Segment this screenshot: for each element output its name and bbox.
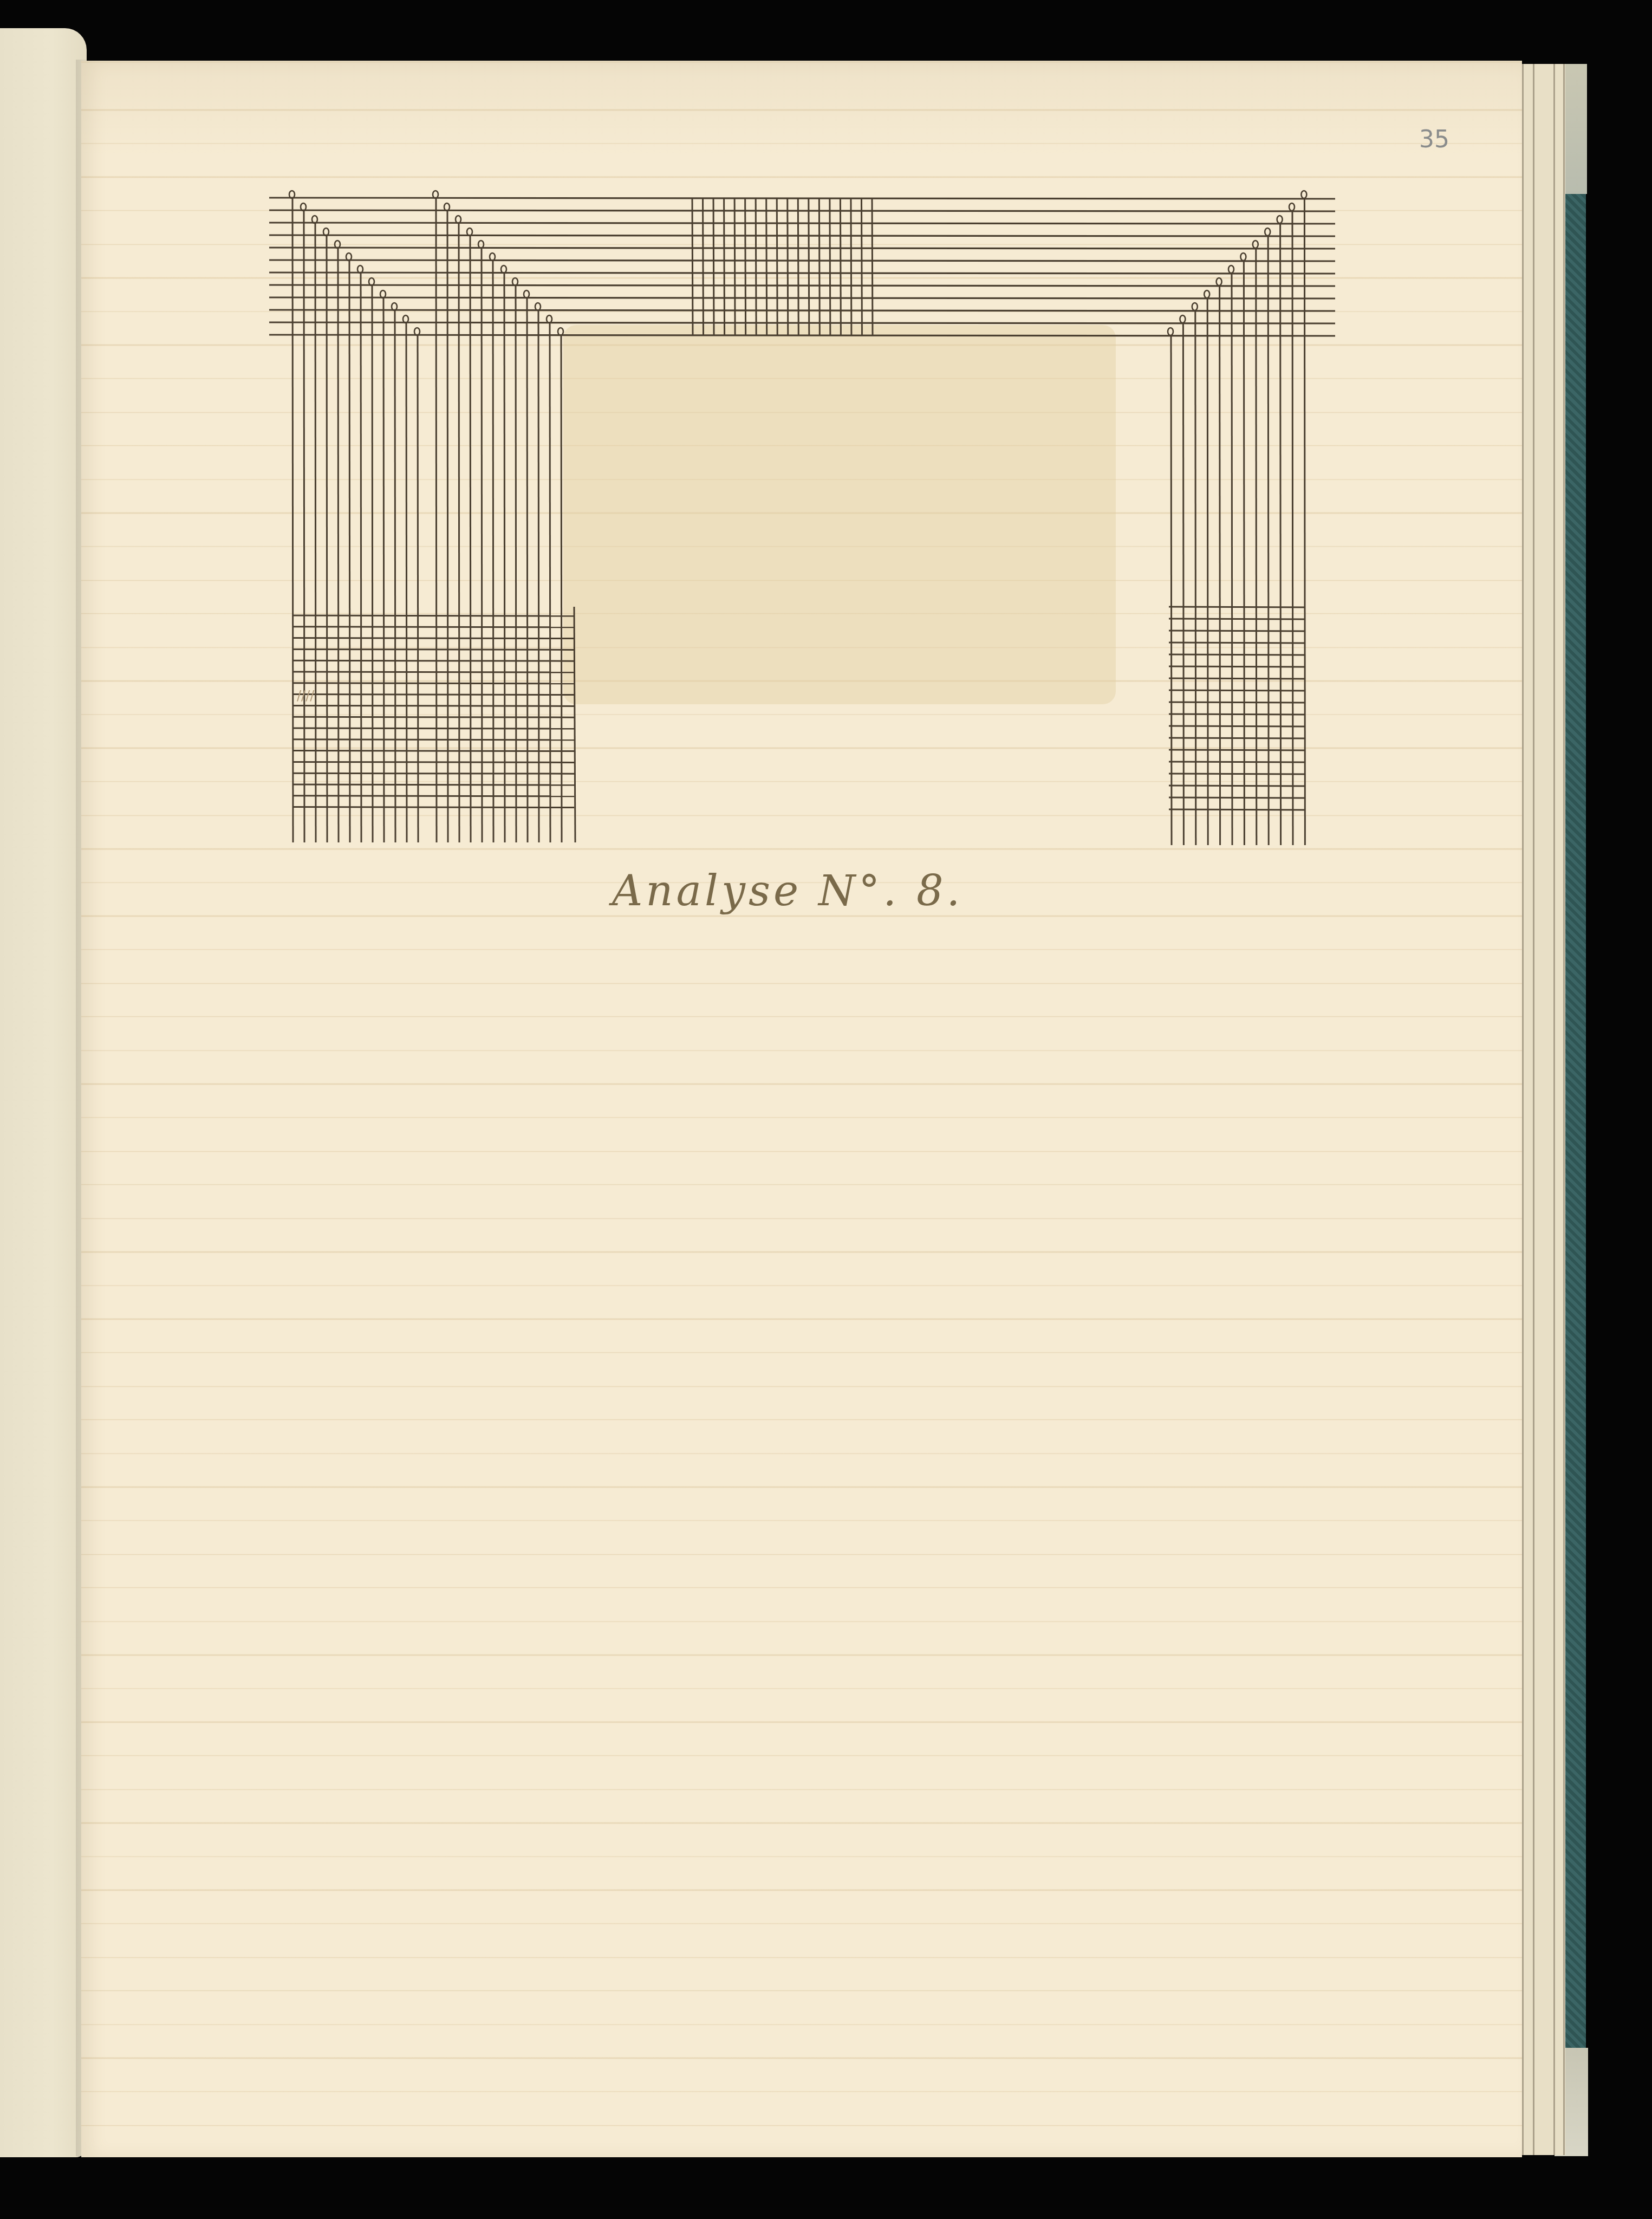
warp-line [1183,322,1183,845]
weft-line [269,248,1335,249]
warp-line [561,335,562,842]
warp-loop-icon [1217,278,1222,286]
warp-line [550,322,550,842]
warp-loop-icon [1301,191,1306,198]
right-grid-weft-line [1169,726,1305,726]
warp-line [1171,335,1172,845]
right-grid-weft-line [1169,678,1305,679]
left-grid-weft-line [292,615,574,616]
right-grid-weft-line [1169,762,1305,762]
right-grid-weft-line [1169,690,1305,691]
warp-line [482,248,482,842]
weft-line [269,285,1335,286]
warp-line [383,297,384,842]
left-grid-weft-line [292,705,574,706]
left-grid-weft-line [292,695,574,695]
left-grid-weft-line [292,638,574,639]
warp-loop-icon [547,315,552,323]
warp-line [459,223,459,842]
left-grid-weft-line [292,717,574,717]
weft-line [269,210,1335,211]
warp-line [504,272,505,842]
left-grid-weft-line [292,784,574,785]
warp-line [315,223,316,842]
left-grid-weft-line [292,672,574,672]
right-grid-weft-line [1169,702,1305,703]
left-grid-weft-line [292,683,574,684]
left-grid-weft-line [292,627,574,627]
warp-loop-icon [1277,216,1283,223]
grid-warp-line [713,198,714,336]
warp-loop-icon [1228,265,1234,273]
warp-line [292,198,293,842]
weft-line [269,198,1335,199]
warp-line [516,285,516,842]
right-grid-weft-line [1169,631,1305,631]
grid-warp-line [724,198,725,336]
warp-loop-icon [1204,290,1209,298]
warp-line [1207,297,1208,845]
warp-line [447,210,448,842]
warp-line [493,260,493,842]
warp-line [372,285,373,842]
right-grid-weft-line [1169,654,1305,655]
grid-warp-line [861,198,862,336]
right-grid-weft-line [1169,666,1305,667]
warp-loop-icon [535,303,541,310]
weft-line [269,310,1335,311]
warp-line [418,335,418,842]
warp-line [1195,310,1196,845]
warp-line [1244,260,1244,845]
left-grid-weft-line [292,796,574,796]
warp-line [304,210,304,842]
warp-line [527,297,528,842]
grid-warp-line [703,198,704,336]
left-grid-weft-line [292,739,574,740]
grid-warp-line [766,198,767,336]
weft-line [269,297,1335,299]
warp-line [1256,248,1257,845]
grid-warp-line [840,198,841,336]
grid-warp-line [819,198,820,336]
grid-warp-line [851,198,851,336]
weft-line [269,235,1335,236]
pencil-tick-marks: //// [297,688,314,703]
left-grid-weft-line [292,773,574,774]
right-grid-weft-line [1169,738,1305,738]
grid-warp-line [830,198,830,336]
warp-line [1268,235,1269,845]
warp-line [1280,223,1281,845]
warp-line [338,248,339,842]
left-grid-weft-line [292,660,574,661]
right-grid-weft-line [1169,809,1305,810]
right-grid-weft-line [1169,714,1305,715]
left-grid-weft-line [292,762,574,762]
warp-line [436,198,437,842]
grid-warp-line [734,198,735,336]
warp-loop-icon [558,328,563,335]
warp-loop-icon [1192,303,1198,310]
analysis-title: Analyse N°. 8. [612,867,963,916]
grid-warp-line [809,198,809,336]
warp-line [361,272,361,842]
weave-analysis-diagram [0,0,1652,2219]
right-grid-weft-line [1169,797,1305,798]
warp-line [1304,198,1305,845]
warp-loop-icon [1289,203,1295,211]
left-grid-weft-line [292,807,574,808]
weft-line [269,272,1335,274]
right-grid-weft-line [1169,786,1305,786]
warp-loop-icon [1240,253,1246,261]
right-grid-weft-line [1169,643,1305,643]
grid-warp-line [798,198,798,336]
grid-warp-line [756,198,756,336]
grid-warp-line [777,198,777,336]
weft-line [269,223,1335,224]
warp-line [1232,272,1232,845]
warp-line [406,322,407,842]
left-grid-weft-line [292,751,574,751]
warp-line [349,260,350,842]
grid-warp-line [745,198,746,336]
right-grid-weft-line [1169,750,1305,750]
left-grid-weft-line [292,649,574,650]
grid-warp-line [692,198,693,336]
warp-loop-icon [1168,328,1173,335]
warp-loop-icon [1265,228,1270,236]
weft-line [269,260,1335,261]
warp-loop-icon [1253,241,1258,248]
right-grid-weft-line [1169,619,1305,619]
grid-edge-line [574,607,575,842]
right-grid-weft-line [1169,774,1305,774]
left-grid-weft-line [292,728,574,729]
right-grid-weft-line [1169,607,1305,607]
grid-warp-line [788,198,788,336]
weft-line [269,322,1335,323]
warp-loop-icon [1180,315,1185,323]
grid-warp-line [872,198,873,336]
weft-line [269,335,1335,336]
